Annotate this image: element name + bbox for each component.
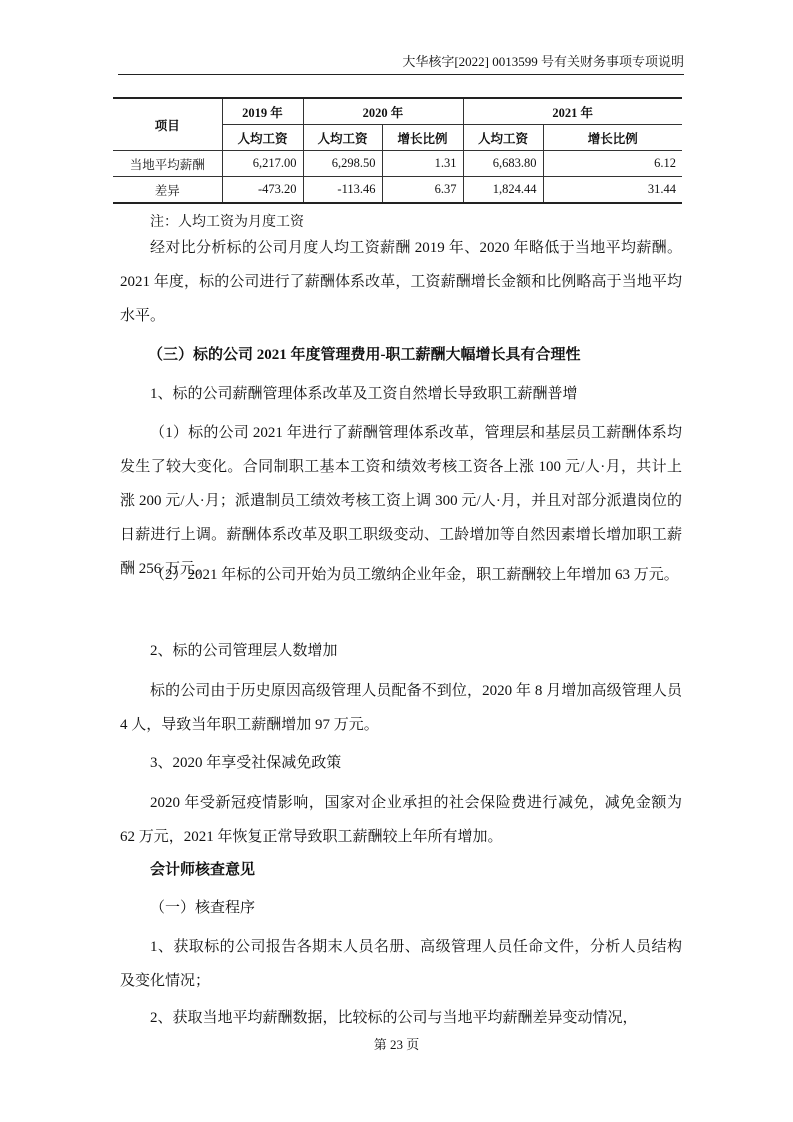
header-year-2020: 2020 年 <box>303 98 463 125</box>
row-label: 差异 <box>113 177 222 204</box>
header-item: 项目 <box>113 98 222 151</box>
header-avg-salary-2021: 人均工资 <box>463 125 543 151</box>
analysis-paragraph: 经对比分析标的公司月度人均工资薪酬 2019 年、2020 年略低于当地平均薪酬… <box>120 231 682 333</box>
cell: 6.12 <box>543 151 682 177</box>
auditor-opinion-heading: 会计师核查意见 <box>120 853 682 887</box>
header-year-2021: 2021 年 <box>463 98 682 125</box>
cell: -473.20 <box>222 177 303 204</box>
item-1-heading: 1、标的公司薪酬管理体系改革及工资自然增长导致职工薪酬普增 <box>120 377 682 411</box>
cell: 6.37 <box>382 177 463 204</box>
cell: 6,298.50 <box>303 151 382 177</box>
header-growth-2021: 增长比例 <box>543 125 682 151</box>
cell: 1,824.44 <box>463 177 543 204</box>
procedure-heading: （一）核查程序 <box>120 891 682 925</box>
cell: 6,217.00 <box>222 151 303 177</box>
header-growth-2020: 增长比例 <box>382 125 463 151</box>
item-3-paragraph: 2020 年受新冠疫情影响，国家对企业承担的社会保险费进行减免，减免金额为 62… <box>120 786 682 854</box>
item-2-heading: 2、标的公司管理层人数增加 <box>120 634 682 668</box>
table-row: 差异 -473.20 -113.46 6.37 1,824.44 31.44 <box>113 177 682 204</box>
page-number: 第 23 页 <box>0 1034 793 1053</box>
item-3-heading: 3、2020 年享受社保减免政策 <box>120 746 682 780</box>
cell: 31.44 <box>543 177 682 204</box>
item-2-paragraph: 标的公司由于历史原因高级管理人员配备不到位，2020 年 8 月增加高级管理人员… <box>120 674 682 742</box>
table-header-row-years: 项目 2019 年 2020 年 2021 年 <box>113 98 682 125</box>
row-label: 当地平均薪酬 <box>113 151 222 177</box>
page-header: 大华核字[2022] 0013599 号有关财务事项专项说明 <box>118 52 684 75</box>
report-title: 大华核字[2022] 0013599 号有关财务事项专项说明 <box>402 54 684 69</box>
table-row: 当地平均薪酬 6,217.00 6,298.50 1.31 6,683.80 6… <box>113 151 682 177</box>
header-avg-salary-2020: 人均工资 <box>303 125 382 151</box>
procedure-item-1: 1、获取标的公司报告各期末人员名册、高级管理人员任命文件，分析人员结构及变化情况… <box>120 930 682 998</box>
procedure-item-2: 2、获取当地平均薪酬数据，比较标的公司与当地平均薪酬差异变动情况， <box>120 1001 682 1035</box>
header-year-2019: 2019 年 <box>222 98 303 125</box>
section-3-heading: （三）标的公司 2021 年度管理费用-职工薪酬大幅增长具有合理性 <box>148 338 688 372</box>
salary-comparison-table: 项目 2019 年 2020 年 2021 年 人均工资 人均工资 增长比例 人… <box>113 97 682 204</box>
cell: 1.31 <box>382 151 463 177</box>
item-1-paragraph-2: （2）2021 年标的公司开始为员工缴纳企业年金，职工薪酬较上年增加 63 万元… <box>120 558 682 592</box>
cell: -113.46 <box>303 177 382 204</box>
cell: 6,683.80 <box>463 151 543 177</box>
header-avg-salary-2019: 人均工资 <box>222 125 303 151</box>
